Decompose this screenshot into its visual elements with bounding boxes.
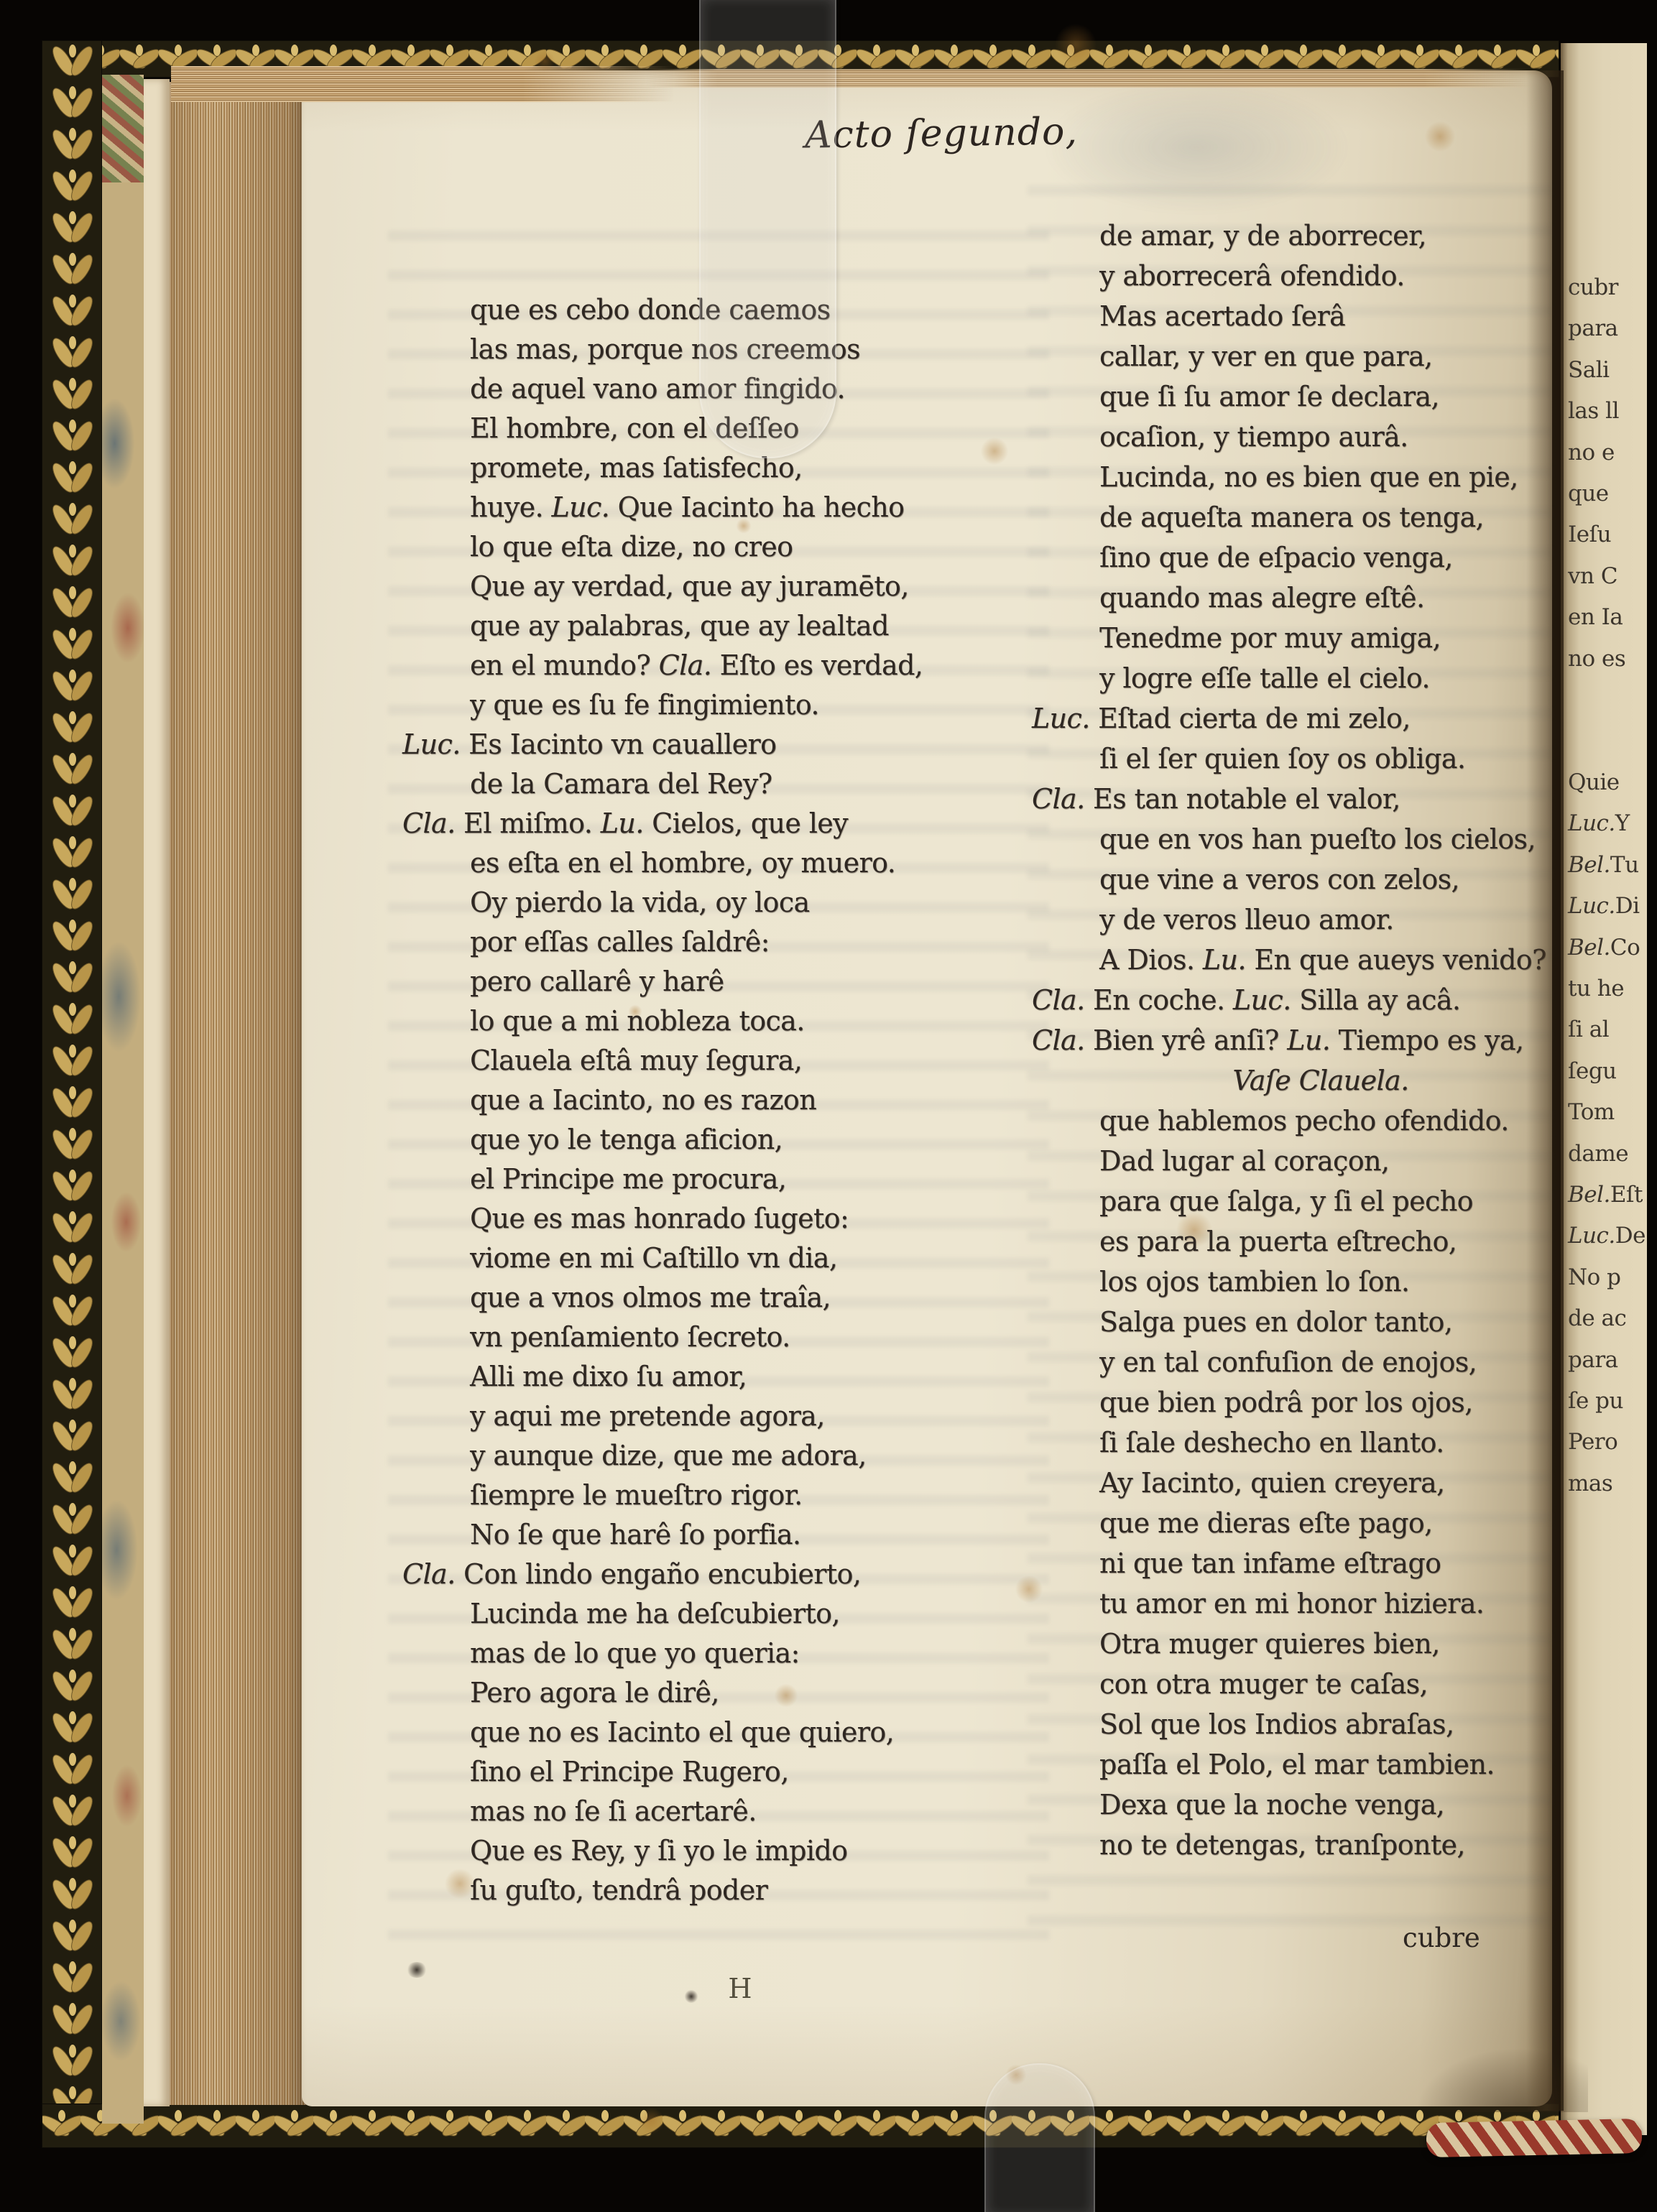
verse-line: Lucinda me ha deſcubierto, [402,1594,1049,1634]
verse-line: que a Iacinto, no es razon [402,1080,1049,1120]
fragment-line: ſegu [1568,1051,1656,1092]
gilt-border-bottom [42,2104,1559,2148]
holding-strap-top [699,0,836,458]
fragment-line: tu he [1568,968,1656,1009]
verse-line: Dexa que la noche venga, [1032,1785,1566,1825]
fragment-line: Ieſu [1568,514,1656,555]
verse-line: Luc. Eſtad cierta de mi zelo, [1032,698,1566,739]
verse-line: para que ſalga, y ſi el pecho [1032,1181,1566,1221]
fragment-line: en Ia [1568,597,1656,638]
verse-line: Salga pues en dolor tanto, [1032,1302,1566,1342]
verse-line: Dad lugar al coraçon, [1032,1141,1566,1181]
fragment-line: Bel.Eſt [1568,1175,1656,1216]
fragment-line: Bel.Co [1568,927,1656,968]
holding-strap-bottom [984,2063,1095,2212]
fragment-line: las ll [1568,391,1656,432]
verse-line: que ſi ſu amor ſe declara, [1032,376,1566,417]
verse-line: de la Camara del Rey? [402,764,1049,804]
verse-line: tu amor en mi honor hiziera. [1032,1583,1566,1624]
fragment-line: Bel.Tu [1568,845,1656,886]
verse-line: lo que eſta dize, no creo [402,527,1049,567]
fragment-line: ſi al [1568,1009,1656,1050]
verse-line: y en tal confuſion de enojos, [1032,1342,1566,1382]
fragment-line: cubr [1568,267,1656,308]
fragment-line: Luc.Di [1568,886,1656,927]
verse-line: promete, mas ſatisfecho, [402,448,1049,488]
verse-line: en el mundo? Cla. Eſto es verdad, [402,646,1049,685]
verse-line: que no es Iacinto el que quiero, [402,1713,1049,1752]
verse-line: No ſe que harê ſo porfia. [402,1515,1049,1555]
verse-line: Cla. Bien yrê anſi? Lu. Tiempo es ya, [1032,1020,1566,1060]
endband [1426,2119,1643,2157]
gilt-border-left [42,40,102,2148]
verse-line: por eſſas calles ſaldrê: [402,922,1049,962]
verse-line: de aqueſta manera os tenga, [1032,497,1566,537]
verse-line: y aunque dize, que me adora, [402,1436,1049,1476]
verse-line: que yo le tenga aficion, [402,1120,1049,1160]
fragment-line: de ac [1568,1298,1656,1339]
act-title: Acto ſegundo, [805,110,1079,157]
verse-line: Alli me dixo ſu amor, [402,1357,1049,1397]
verse-line: paſſa el Polo, el mar tambien. [1032,1744,1566,1785]
verse-line: ſi el ſer quien ſoy os obliga. [1032,739,1566,779]
verse-line: ſu guſto, tendrâ poder [402,1871,1049,1910]
verse-line: Cla. Con lindo engaño encubierto, [402,1555,1049,1594]
verse-line: quando mas alegre eſtê. [1032,578,1566,618]
marbled-corner-stripes [102,75,144,182]
verse-line: y que es ſu fe fingimiento. [402,685,1049,725]
verse-line: que bien podrâ por los ojos, [1032,1382,1566,1422]
fragment-line: No p [1568,1257,1656,1298]
verse-column-left: que es cebo donde caemoslas mas, porque … [402,290,1049,1910]
verse-line: Lucinda, no es bien que en pie, [1032,457,1566,497]
verse-column-right: de amar, y de aborrecer,y aborrecerâ ofe… [1032,216,1566,1865]
verse-line: que ay palabras, que ay lealtad [402,606,1049,646]
verse-line: que en vos han pueſto los cielos, [1032,819,1566,859]
verse-line: vn penſamiento ſecreto. [402,1318,1049,1357]
signature-mark: H [675,1973,805,2004]
verse-line: con otra muger te caſas, [1032,1664,1566,1704]
verse-line: Otra muger quieres bien, [1032,1624,1566,1664]
verse-line: Tenedme por muy amiga, [1032,618,1566,658]
verse-line: Que es Rey, y ſi yo le impido [402,1831,1049,1871]
verse-line: y aqui me pretende agora, [402,1397,1049,1436]
verse-line: es para la puerta eſtrecho, [1032,1221,1566,1262]
verse-line: Cla. Es tan notable el valor, [1032,779,1566,819]
verse-line: ſino que de eſpacio venga, [1032,537,1566,578]
fragment-line: para [1568,308,1656,349]
marbled-paper-strip [102,75,144,2124]
verse-line: ni que tan infame eſtrago [1032,1543,1566,1583]
verse-line: Luc. Es Iacinto vn cauallero [402,725,1049,764]
verse-line: Mas acertado ſerâ [1032,296,1566,336]
verse-line: que a vnos olmos me traîa, [402,1278,1049,1318]
gutter-shadow [1526,70,1564,2111]
verse-line: Cla. El miſmo. Lu. Cielos, que ley [402,804,1049,843]
verse-line: Clauela eſtâ muy ſegura, [402,1041,1049,1080]
verse-line: A Dios. Lu. En que aueys venido? [1032,940,1566,980]
verse-line: y aborrecerâ ofendido. [1032,256,1566,296]
fragment-line: Luc.De [1568,1216,1656,1257]
verse-line: ſino el Principe Rugero, [402,1752,1049,1792]
verse-line: callar, y ver en que para, [1032,336,1566,376]
verse-line: ocaſion, y tiempo aurâ. [1032,417,1566,457]
fragment-line: dame [1568,1134,1656,1175]
fragment-line: mas [1568,1463,1656,1504]
verse-line: Ay Iacinto, quien creyera, [1032,1463,1566,1503]
verse-line: viome en mi Caſtillo vn dia, [402,1239,1049,1278]
facing-page-fragments: cubrparaSalilas llno equeIeſuvn Cen Iano… [1568,267,1656,1504]
verse-line: que vine a veros con zelos, [1032,859,1566,899]
verse-line: es eſta en el hombre, oy muero. [402,843,1049,883]
verse-line: que hablemos pecho ofendido. [1032,1101,1566,1141]
verse-line: Sol que los Indios abraſas, [1032,1704,1566,1744]
verse-line: de amar, y de aborrecer, [1032,216,1566,256]
verse-line: y de veros lleuo amor. [1032,899,1566,940]
verse-line: no te detengas, tranſponte, [1032,1825,1566,1865]
verse-line: Que es mas honrado ſugeto: [402,1199,1049,1239]
fragment-line: no es [1568,639,1656,680]
fragment-line: no e [1568,432,1656,473]
verse-line: Que ay verdad, que ay juramēto, [402,567,1049,606]
fragment-line: Tom [1568,1092,1656,1133]
verse-line: Vaſe Clauela. [1032,1060,1566,1101]
verse-line: los ojos tambien lo ſon. [1032,1262,1566,1302]
fragment-line: Sali [1568,350,1656,391]
endpaper-leaf-edge [144,79,170,2106]
verse-line: ſiempre le mueſtro rigor. [402,1476,1049,1515]
verse-line: que me dieras eſte pago, [1032,1503,1566,1543]
catchword: cubre [1403,1922,1480,1953]
fragment-line: Quie [1568,762,1656,803]
page-edges-stack [170,82,309,2105]
fragment-line: Luc.Y [1568,803,1656,844]
fragment-line: para [1568,1340,1656,1381]
verse-line: mas de lo que yo queria: [402,1634,1049,1673]
fragment-line: Pero [1568,1422,1656,1463]
fragment-line: vn C [1568,556,1656,597]
fragment-line: ſe pu [1568,1381,1656,1422]
verse-line: huye. Luc. Que Iacinto ha hecho [402,488,1049,527]
verse-line: mas no ſe ſi acertarê. [402,1792,1049,1831]
verse-line: Cla. En coche. Luc. Silla ay acâ. [1032,980,1566,1020]
fragment-line [1568,721,1656,762]
fragment-line [1568,680,1656,721]
page-edges-top [171,66,674,102]
book-photo: Acto ſegundo, que es cebo donde caemosla… [0,0,1657,2212]
verse-line: ſi ſale deshecho en llanto. [1032,1422,1566,1463]
verse-line: lo que a mi nobleza toca. [402,1001,1049,1041]
verse-line: pero callarê y harê [402,962,1049,1001]
verse-line: el Principe me procura, [402,1160,1049,1199]
verse-line: Oy pierdo la vida, oy loca [402,883,1049,922]
verse-line: y logre eſſe talle el cielo. [1032,658,1566,698]
verse-line: Pero agora le dirê, [402,1673,1049,1713]
fragment-line: que [1568,473,1656,514]
